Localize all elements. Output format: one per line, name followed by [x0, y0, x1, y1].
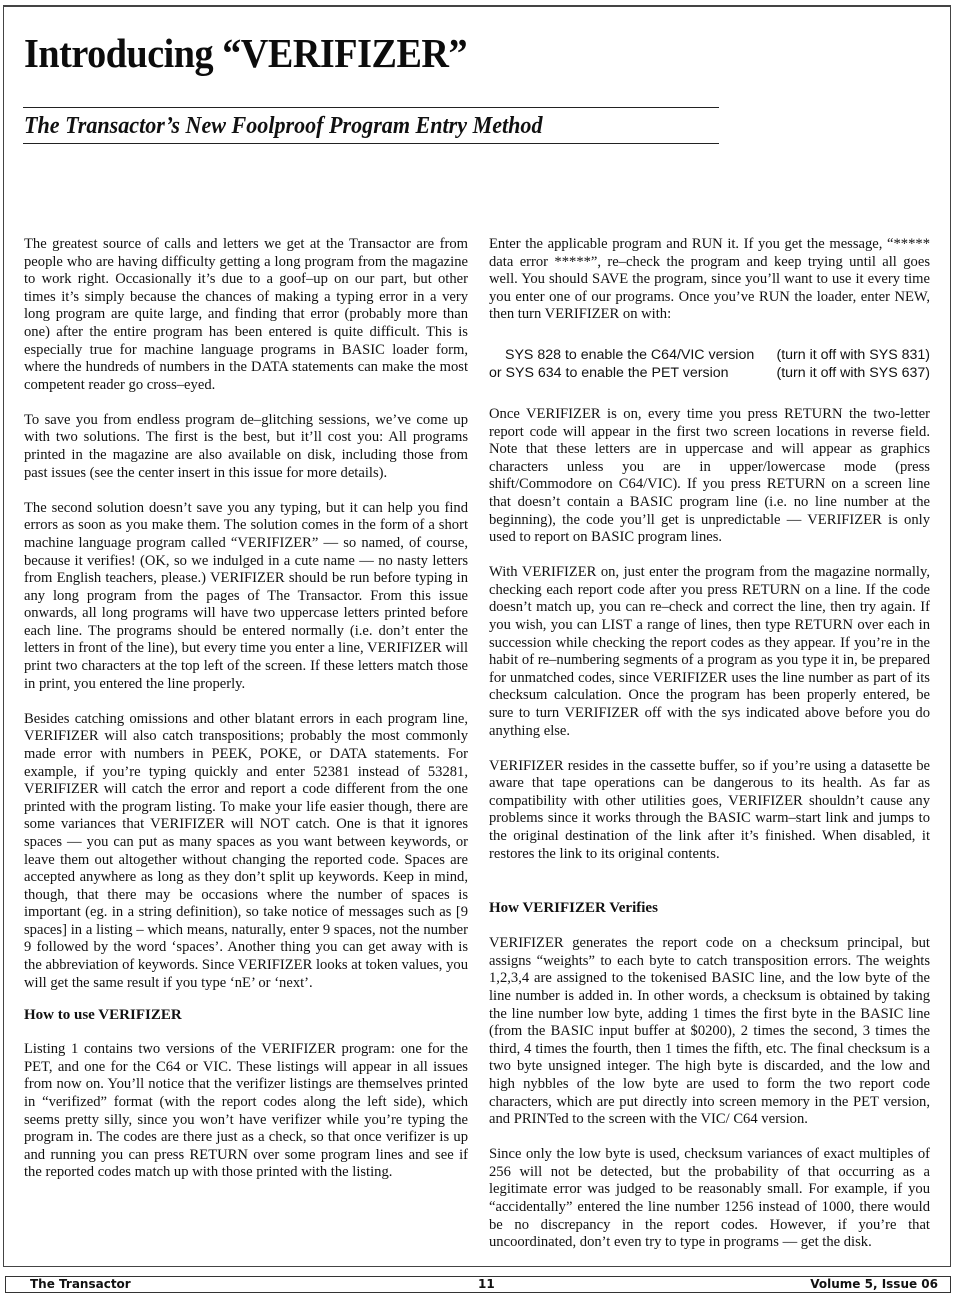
article-subtitle: The Transactor’s New Foolproof Program E…	[24, 111, 543, 141]
paragraph: VERIFIZER generates the report code on a…	[489, 935, 930, 1129]
left-column: The greatest source of calls and letters…	[24, 236, 468, 1200]
sys-row-pet: or SYS 634 to enable the PET version (tu…	[489, 364, 930, 382]
right-column: Enter the applicable program and RUN it.…	[489, 236, 930, 1269]
paragraph: With VERIFIZER on, just enter the progra…	[489, 564, 930, 740]
paragraph: Listing 1 contains two versions of the V…	[24, 1041, 468, 1182]
sys-disable-command: (turn it off with SYS 831)	[776, 346, 930, 364]
sys-row-c64: SYS 828 to enable the C64/VIC version (t…	[489, 346, 930, 364]
paragraph: Enter the applicable program and RUN it.…	[489, 236, 930, 324]
sys-enable-command: SYS 828 to enable the C64/VIC version	[489, 346, 754, 364]
sys-disable-command: (turn it off with SYS 637)	[776, 364, 930, 382]
subtitle-top-rule	[23, 107, 719, 108]
subtitle-bottom-rule	[23, 143, 719, 144]
paragraph: The greatest source of calls and letters…	[24, 236, 468, 394]
paragraph: VERIFIZER resides in the cassette buffer…	[489, 758, 930, 864]
page-footer: The Transactor 11 Volume 5, Issue 06	[5, 1276, 951, 1293]
paragraph: Besides catching omissions and other bla…	[24, 711, 468, 993]
section-heading-how-verifies: How VERIFIZER Verifies	[489, 899, 930, 917]
sys-enable-command: or SYS 634 to enable the PET version	[489, 364, 729, 382]
paragraph: To save you from endless program de–glit…	[24, 412, 468, 482]
paragraph: Once VERIFIZER is on, every time you pre…	[489, 406, 930, 547]
footer-page-number: 11	[478, 1277, 495, 1291]
footer-magazine-name: The Transactor	[30, 1277, 131, 1291]
paragraph: Since only the low byte is used, checksu…	[489, 1146, 930, 1252]
article-title: Introducing “VERIFIZER”	[24, 28, 467, 78]
sys-commands-block: SYS 828 to enable the C64/VIC version (t…	[489, 346, 930, 382]
section-heading-how-to-use: How to use VERIFIZER	[24, 1006, 468, 1024]
footer-issue: Volume 5, Issue 06	[810, 1277, 938, 1291]
paragraph: The second solution doesn’t save you any…	[24, 500, 468, 694]
